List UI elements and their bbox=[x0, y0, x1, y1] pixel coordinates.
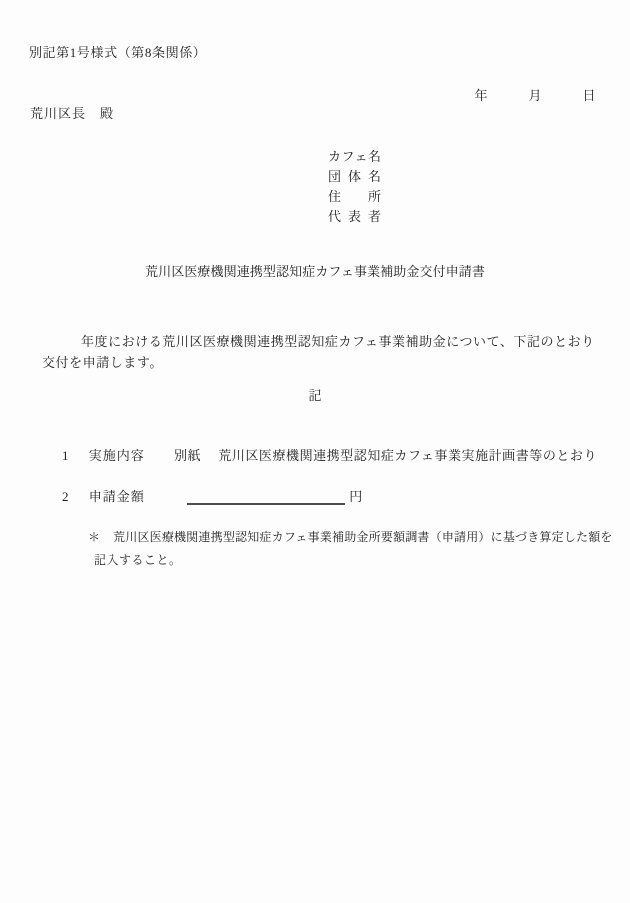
document-title: 荒川区医療機関連携型認知症カフェ事業補助金交付申請書 bbox=[0, 264, 630, 280]
item-amount-row: 2 申請金額 円 bbox=[0, 489, 630, 505]
body-line-1: 年度における荒川区医療機関連携型認知症カフェ事業補助金について、下記のとおり bbox=[42, 331, 598, 352]
applicant-label-cafe-name: カフェ名 bbox=[328, 147, 381, 167]
date-line: 年 月 日 bbox=[474, 88, 596, 104]
asterisk-marker: ＊ bbox=[88, 530, 100, 544]
addressee: 荒川区長 殿 bbox=[30, 106, 114, 122]
item-number: 2 bbox=[62, 489, 69, 504]
body-line-2: 交付を申請します。 bbox=[42, 352, 598, 373]
item-attachment-ref: 別紙 bbox=[174, 448, 201, 463]
applicant-label-address: 住所 bbox=[328, 187, 381, 207]
applicant-label-group-name: 団体名 bbox=[328, 167, 381, 187]
item-number: 1 bbox=[62, 448, 69, 463]
ki-marker: 記 bbox=[0, 388, 630, 404]
applicant-label-representative: 代表者 bbox=[328, 207, 381, 227]
item-label: 実施内容 bbox=[89, 448, 145, 463]
note-text: 荒川区医療機関連携型認知症カフェ事業補助金所要額調書（申請用）に基づき算定した額… bbox=[113, 530, 613, 544]
note-line-2: 記入すること。 bbox=[94, 552, 613, 568]
body-paragraph: 年度における荒川区医療機関連携型認知症カフェ事業補助金について、下記のとおり 交… bbox=[42, 331, 598, 373]
amount-blank-field bbox=[187, 489, 345, 505]
note: ＊ 荒川区医療機関連携型認知症カフェ事業補助金所要額調書（申請用）に基づき算定し… bbox=[0, 529, 613, 568]
applicant-block: カフェ名 団体名 住所 代表者 bbox=[328, 147, 381, 227]
document-page: 別記第1号様式（第8条関係） 年 月 日 荒川区長 殿 カフェ名 団体名 住所 … bbox=[0, 0, 630, 903]
item-implementation-row: 1 実施内容 別紙 荒川区医療機関連携型認知症カフェ事業実施計画書等のとおり bbox=[0, 448, 630, 464]
item-content: 荒川区医療機関連携型認知症カフェ事業実施計画書等のとおり bbox=[218, 448, 597, 463]
form-id: 別記第1号様式（第8条関係） bbox=[29, 45, 206, 61]
item-label: 申請金額 bbox=[89, 489, 145, 504]
amount-unit: 円 bbox=[349, 489, 362, 504]
note-line-1: ＊ 荒川区医療機関連携型認知症カフェ事業補助金所要額調書（申請用）に基づき算定し… bbox=[88, 529, 613, 545]
